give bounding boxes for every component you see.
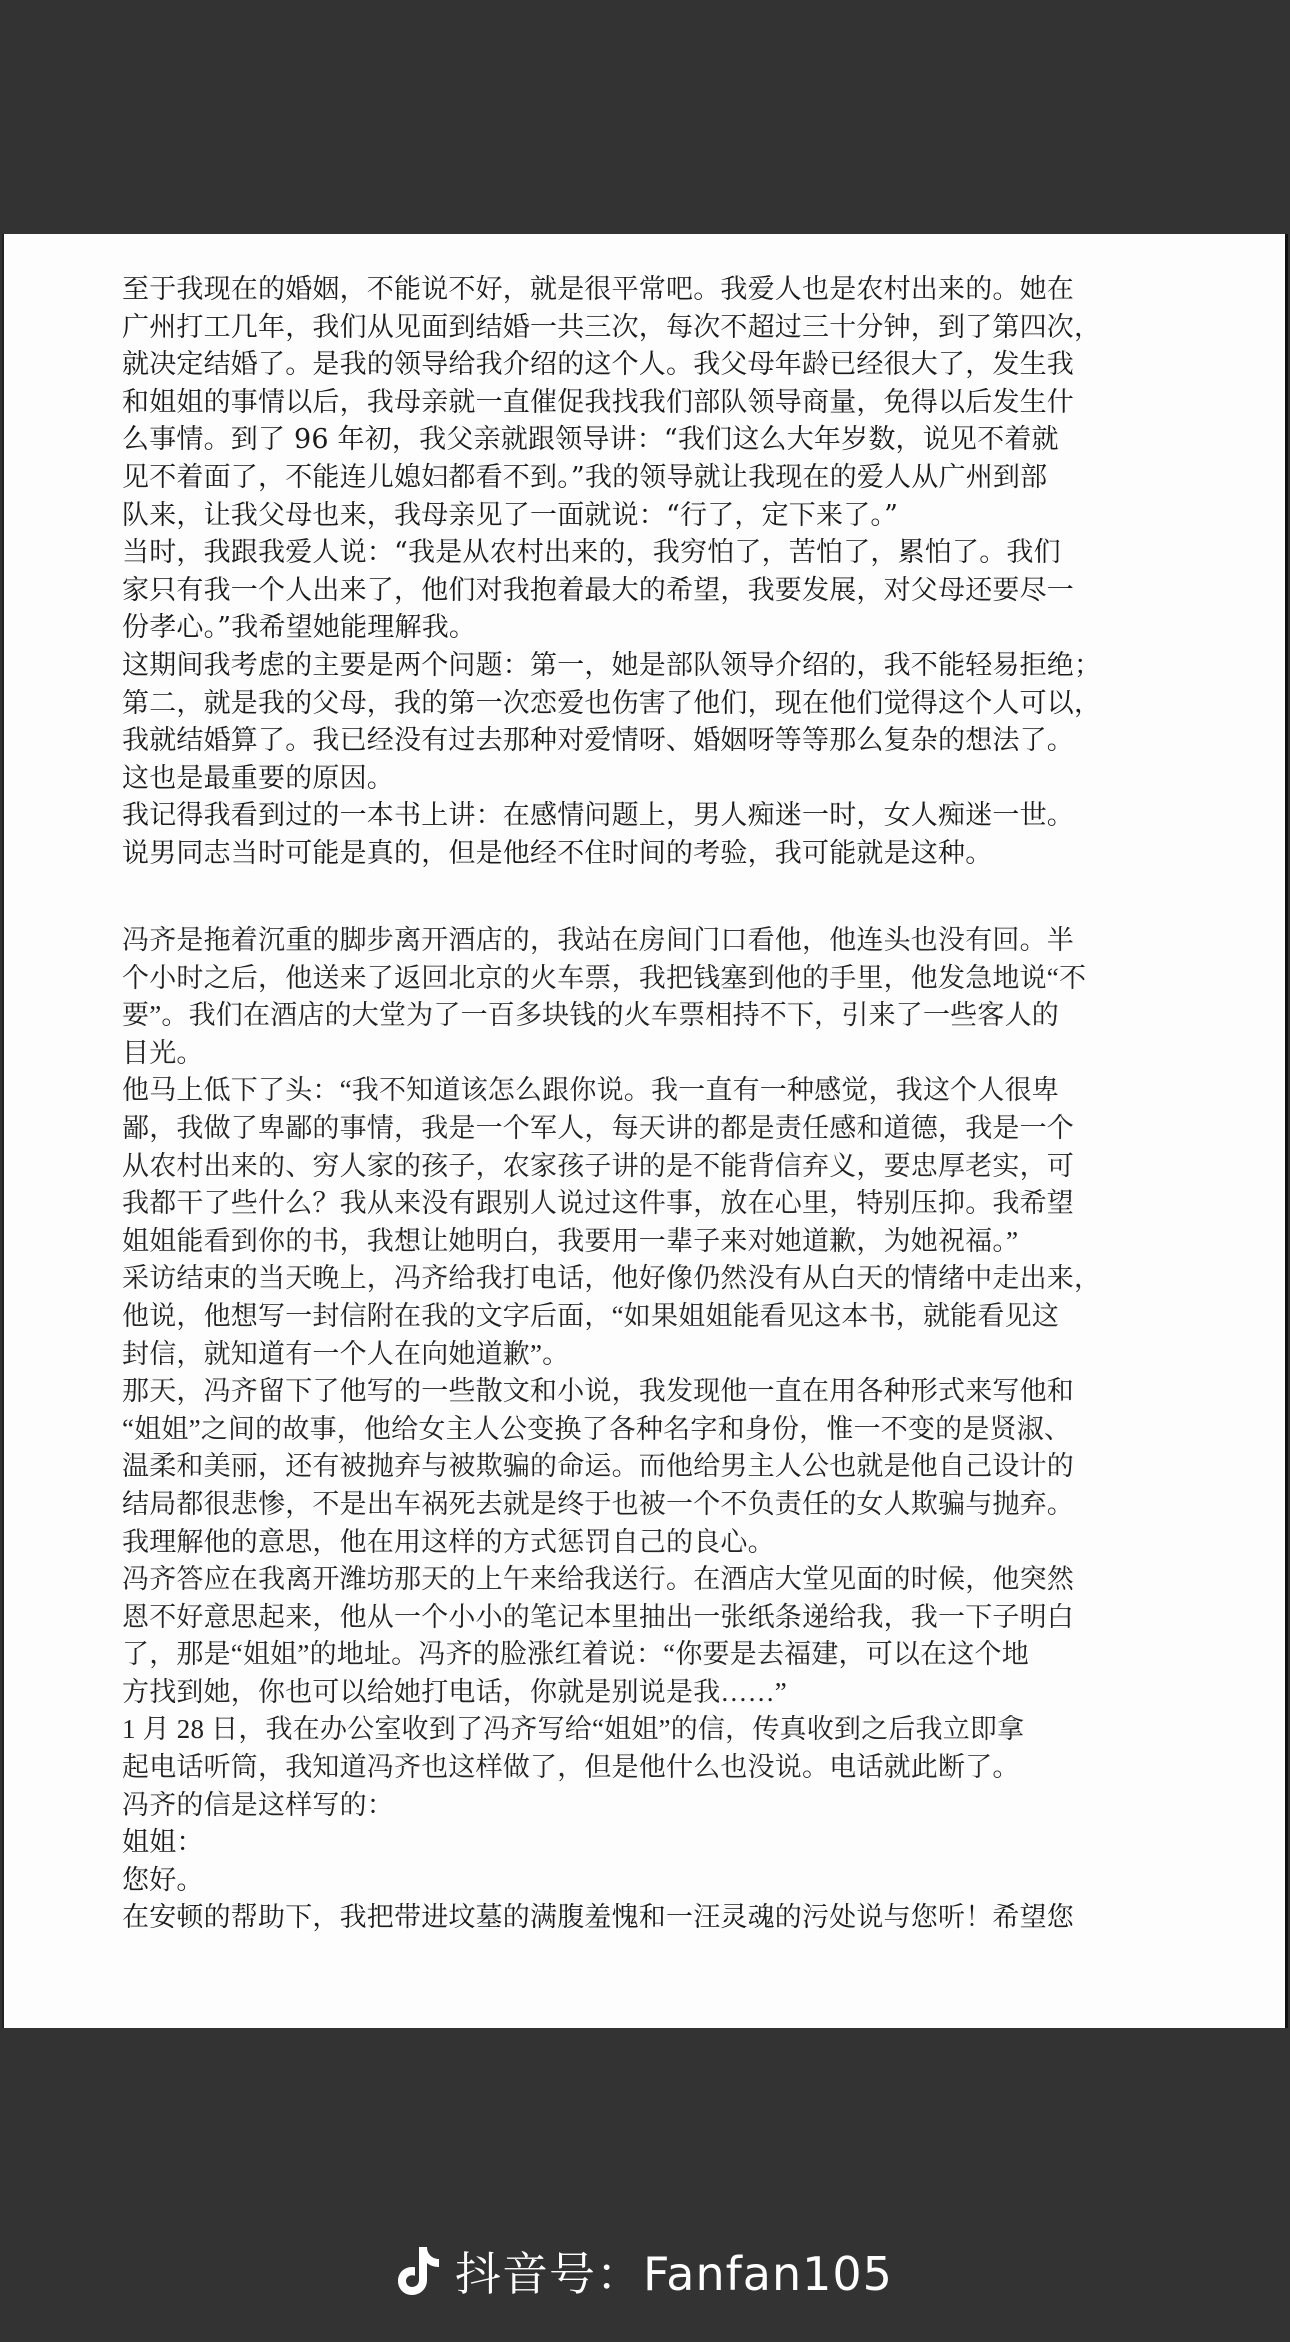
text-line: 家只有我一个人出来了，他们对我抱着最大的希望，我要发展，对父母还要尽一 [122, 572, 1174, 610]
text-line: 从农村出来的、穷人家的孩子，农家孩子讲的是不能背信弃义，要忠厚老实，可 [122, 1148, 1174, 1186]
letter-body-line: 在安顿的帮助下，我把带进坟墓的满腹羞愧和一汪灵魂的污处说与您听！希望您 [122, 1899, 1174, 1937]
text-line: 这期间我考虑的主要是两个问题：第一，她是部队领导介绍的，我不能轻易拒绝； [122, 647, 1174, 685]
text-line: 结局都很悲惨，不是出车祸死去就是终于也被一个不负责任的女人欺骗与抛弃。 [122, 1486, 1174, 1524]
text-line: 队来，让我父母也来，我母亲见了一面就说：“行了，定下来了。” [122, 497, 1174, 535]
text-line: 个小时之后，他送来了返回北京的火车票，我把钱塞到他的手里，他发急地说“不 [122, 960, 1174, 998]
text-line: 这也是最重要的原因。 [122, 760, 1174, 798]
text-line: 就决定结婚了。是我的领导给我介绍的这个人。我父母年龄已经很大了，发生我 [122, 346, 1174, 384]
text-line: 和姐姐的事情以后，我母亲就一直催促我找我们部队领导商量，免得以后发生什 [122, 384, 1174, 422]
text-line: 冯齐答应在我离开潍坊那天的上午来给我送行。在酒店大堂见面的时候，他突然 [122, 1561, 1174, 1599]
text-line: 我就结婚算了。我已经没有过去那种对爱情呀、婚姻呀等等那么复杂的想法了。 [122, 722, 1174, 760]
text-line: 鄙，我做了卑鄙的事情，我是一个军人，每天讲的都是责任感和道德，我是一个 [122, 1110, 1174, 1148]
text-line: 广州打工几年，我们从见面到结婚一共三次，每次不超过三十分钟，到了第四次， [122, 309, 1174, 347]
text-line: 至于我现在的婚姻，不能说不好，就是很平常吧。我爱人也是农村出来的。她在 [122, 271, 1174, 309]
document-page: 至于我现在的婚姻，不能说不好，就是很平常吧。我爱人也是农村出来的。她在 广州打工… [2, 234, 1288, 2028]
text-line: 温柔和美丽，还有被抛弃与被欺骗的命运。而他给男主人公也就是他自己设计的 [122, 1448, 1174, 1486]
watermark-text: 抖音号：Fanfan105 [455, 2238, 893, 2304]
text-line: 姐姐能看到你的书，我想让她明白，我要用一辈子来对她道歉，为她祝福。” [122, 1223, 1174, 1261]
text-line: 我都干了些什么？我从来没有跟别人说过这件事，放在心里，特别压抑。我希望 [122, 1185, 1174, 1223]
text-block-marriage: 至于我现在的婚姻，不能说不好，就是很平常吧。我爱人也是农村出来的。她在 广州打工… [122, 271, 1174, 873]
text-line: 份孝心。”我希望她能理解我。 [122, 609, 1174, 647]
text-line: 那天，冯齐留下了他写的一些散文和小说，我发现他一直在用各种形式来写他和 [122, 1373, 1174, 1411]
text-line: 封信，就知道有一个人在向她道歉”。 [122, 1336, 1174, 1374]
text-line: 我理解他的意思，他在用这样的方式惩罚自己的良心。 [122, 1524, 1174, 1562]
text-line: 冯齐是拖着沉重的脚步离开酒店的，我站在房间门口看他，他连头也没有回。半 [122, 922, 1174, 960]
text-block-letter: 姐姐： 您好。 在安顿的帮助下，我把带进坟墓的满腹羞愧和一汪灵魂的污处说与您听！… [122, 1824, 1174, 1937]
text-line: 了，那是“姐姐”的地址。冯齐的脸涨红着说：“你要是去福建，可以在这个地 [122, 1636, 1174, 1674]
text-line: 我记得我看到过的一本书上讲：在感情问题上，男人痴迷一时，女人痴迷一世。 [122, 797, 1174, 835]
text-line: 冯齐的信是这样写的： [122, 1787, 1174, 1825]
text-line: 要”。我们在酒店的大堂为了一百多块钱的火车票相持不下，引来了一些客人的 [122, 997, 1174, 1035]
text-line: 说男同志当时可能是真的，但是他经不住时间的考验，我可能就是这种。 [122, 835, 1174, 873]
text-line: 恩不好意思起来，他从一个小小的笔记本里抽出一张纸条递给我，我一下子明白 [122, 1599, 1174, 1637]
text-line: 采访结束的当天晚上，冯齐给我打电话，他好像仍然没有从白天的情绪中走出来， [122, 1260, 1174, 1298]
text-line: 起电话听筒，我知道冯齐也这样做了，但是他什么也没说。电话就此断了。 [122, 1749, 1174, 1787]
letter-salutation: 姐姐： [122, 1824, 1174, 1862]
text-line: 方找到她，你也可以给她打电话，你就是别说是我……” [122, 1674, 1174, 1712]
text-line: “姐姐”之间的故事，他给女主人公变换了各种名字和身份，惟一不变的是贤淑、 [122, 1411, 1174, 1449]
douyin-watermark: 抖音号：Fanfan105 [0, 2236, 1290, 2306]
text-line: 第二，就是我的父母，我的第一次恋爱也伤害了他们，现在他们觉得这个人可以， [122, 685, 1174, 723]
text-line: 么事情。到了 96 年初，我父亲就跟领导讲：“我们这么大年岁数，说见不着就 [122, 421, 1174, 459]
text-line: 他马上低下了头：“我不知道该怎么跟你说。我一直有一种感觉，我这个人很卑 [122, 1072, 1174, 1110]
douyin-logo-icon [397, 2245, 441, 2297]
text-line: 见不着面了，不能连儿媳妇都看不到。”我的领导就让我现在的爱人从广州到部 [122, 459, 1174, 497]
text-line: 1 月 28 日，我在办公室收到了冯齐写给“姐姐”的信，传真收到之后我立即拿 [122, 1711, 1174, 1749]
text-line: 当时，我跟我爱人说：“我是从农村出来的，我穷怕了，苦怕了，累怕了。我们 [122, 534, 1174, 572]
text-block-fengqi: 冯齐是拖着沉重的脚步离开酒店的，我站在房间门口看他，他连头也没有回。半 个小时之… [122, 922, 1174, 1824]
text-line: 目光。 [122, 1035, 1174, 1073]
letter-greeting: 您好。 [122, 1862, 1174, 1900]
text-line: 他说，他想写一封信附在我的文字后面，“如果姐姐能看见这本书，就能看见这 [122, 1298, 1174, 1336]
